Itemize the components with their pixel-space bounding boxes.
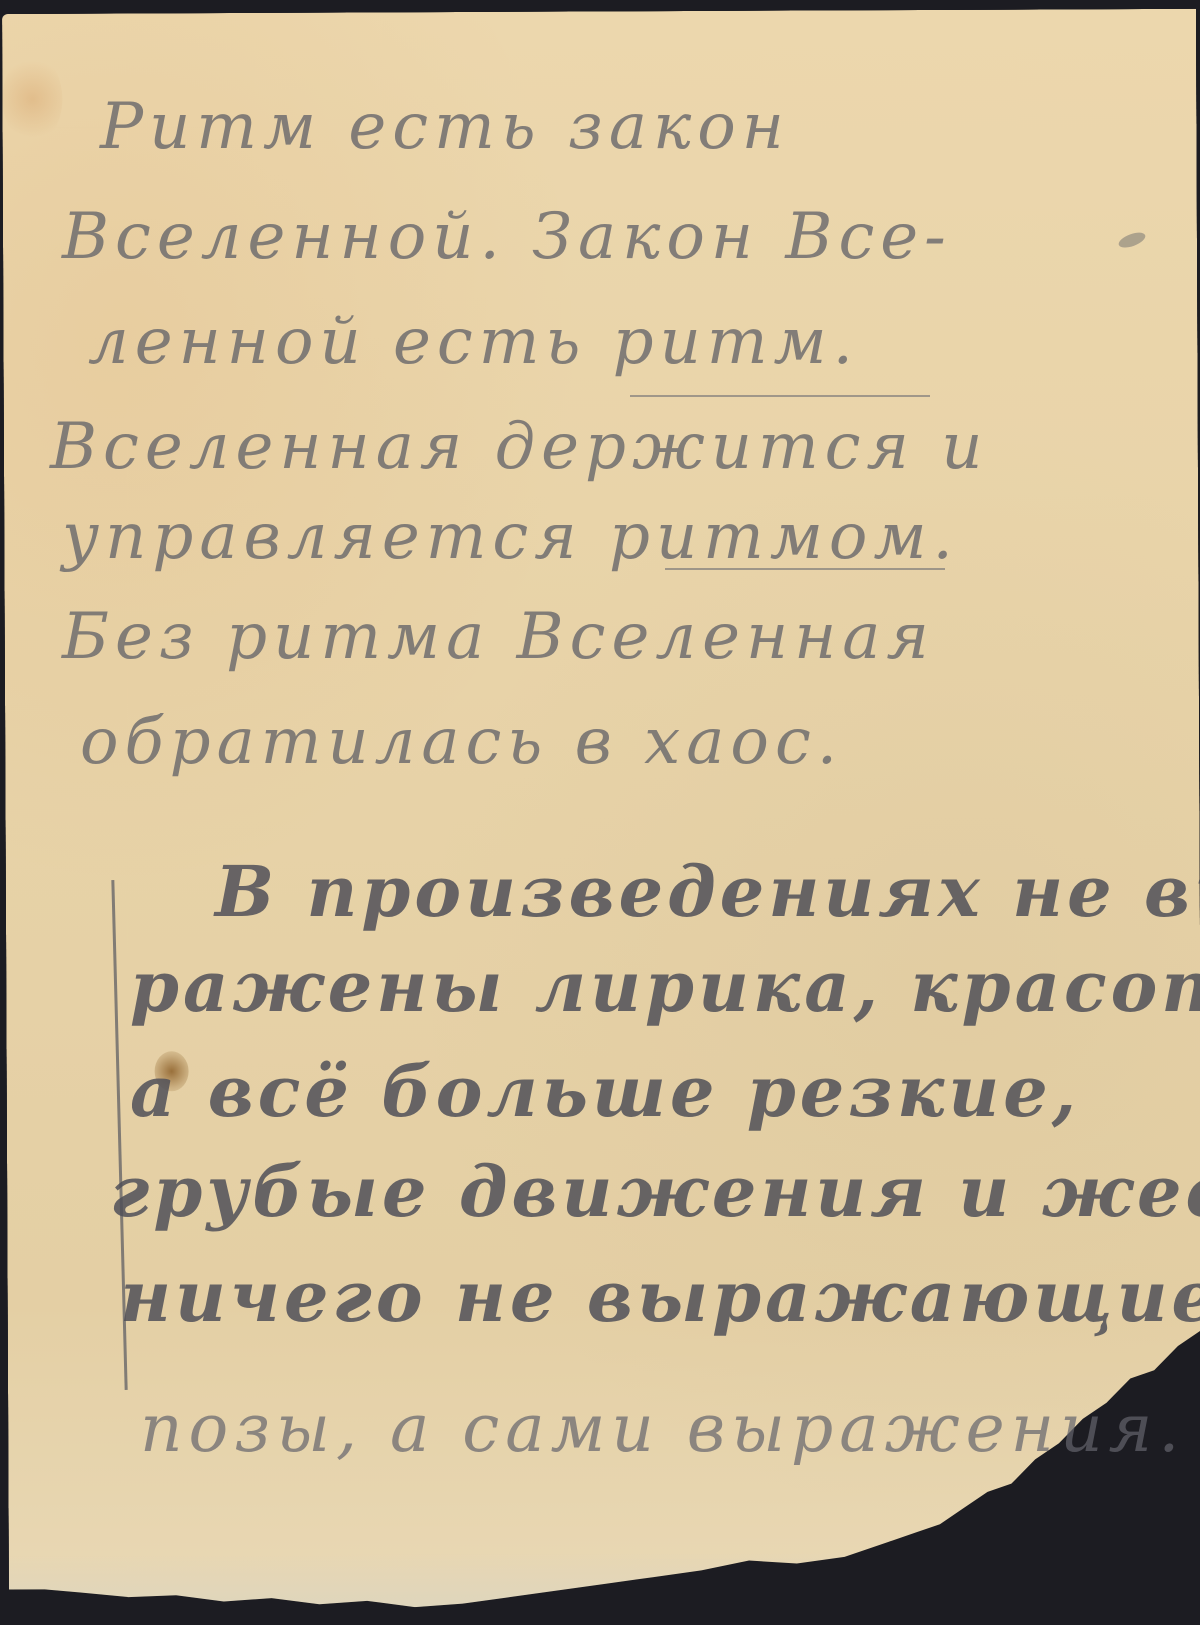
manuscript-line: Без ритма Вселенная xyxy=(62,600,935,674)
manuscript-line: управляется ритмом. xyxy=(62,500,959,574)
pencil-stroke xyxy=(665,568,945,570)
manuscript-line: В произведениях не вы- xyxy=(215,850,1200,933)
manuscript-line: Вселенная держится и xyxy=(50,410,988,484)
manuscript-text: Ритм есть закон Вселенной. Закон Все- ле… xyxy=(0,0,1200,1625)
manuscript-line: а всё больше резкие, xyxy=(130,1050,1080,1133)
manuscript-line: грубые движения и жесты, xyxy=(110,1150,1200,1233)
manuscript-line: Ритм есть закон xyxy=(100,90,790,164)
manuscript-line: ражены лирика, красота, xyxy=(130,945,1200,1028)
manuscript-line: ничего не выражающие xyxy=(120,1255,1200,1338)
pencil-stroke xyxy=(630,395,930,397)
scanned-document: Ритм есть закон Вселенной. Закон Все- ле… xyxy=(0,0,1200,1625)
manuscript-line: обратилась в хаос. xyxy=(80,705,843,779)
manuscript-line: Вселенной. Закон Все- xyxy=(62,200,952,274)
manuscript-line: ленной есть ритм. xyxy=(88,305,859,379)
manuscript-line: позы, а сами выражения. xyxy=(140,1390,1185,1467)
